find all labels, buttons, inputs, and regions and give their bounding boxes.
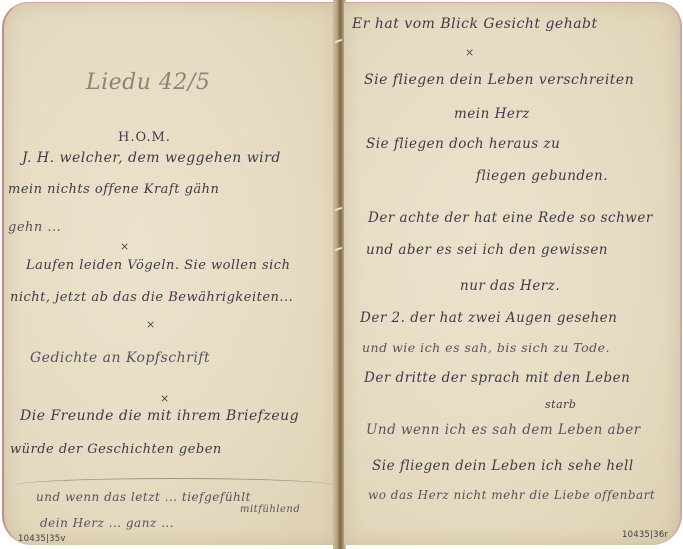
page-heading: Liedu 42/5 [86,70,210,95]
entry-separator: × [120,240,129,253]
page-subheading: H.O.M. [118,130,171,145]
handwritten-line: Sie fliegen doch heraus zu [366,136,560,152]
handwritten-line: würde der Geschichten geben [10,442,222,457]
handwritten-line: Gedichte an Kopfschrift [30,350,210,366]
handwritten-line: Der 2. der hat zwei Augen gesehen [360,310,617,326]
handwritten-line: nur das Herz. [460,278,560,294]
handwritten-line: Er hat vom Blick Gesicht gehabt [352,16,598,32]
handwritten-line: J. H. welcher, dem weggehen wird [22,150,281,166]
handwritten-line: wo das Herz nicht mehr die Liebe offenba… [368,488,655,502]
entry-separator: × [465,46,474,59]
catalog-number: 10435|36r [622,530,668,540]
handwritten-line: Der achte der hat eine Rede so schwer [368,210,653,226]
handwritten-line-crossed: und wenn das letzt ... tiefgefühlt [36,490,251,504]
handwritten-line: und aber es sei ich den gewissen [366,242,608,258]
handwritten-line: fliegen gebunden. [476,168,608,184]
handwritten-line: gehn ... [8,220,61,235]
entry-separator: × [146,318,155,331]
handwritten-line: Und wenn ich es sah dem Leben aber [366,422,641,438]
entry-separator: × [160,392,169,405]
handwritten-line: nicht, jetzt ab das die Bewährigkeiten..… [10,290,293,305]
handwritten-line: Sie fliegen dein Leben ich sehe hell [372,458,634,474]
handwritten-line: Laufen leiden Vögeln. Sie wollen sich [26,258,290,273]
notebook-spread: Liedu 42/5 H.O.M. J. H. welcher, dem weg… [0,0,683,549]
handwritten-line-crossed: dein Herz ... ganz ... [40,516,174,530]
handwritten-line-crossed: mitfühlend [240,504,300,515]
handwritten-line: Die Freunde die mit ihrem Briefzeug [20,408,299,424]
catalog-number: 10435|35v [18,534,66,544]
handwritten-line: Der dritte der sprach mit den Leben [364,370,630,386]
handwritten-line: Sie fliegen dein Leben verschreiten [364,72,634,88]
handwritten-line: und wie ich es sah, bis sich zu Tode. [362,340,610,355]
handwritten-line: starb [545,398,576,411]
handwritten-line: mein Herz [454,106,530,122]
handwritten-line: mein nichts offene Kraft gähn [8,182,219,197]
